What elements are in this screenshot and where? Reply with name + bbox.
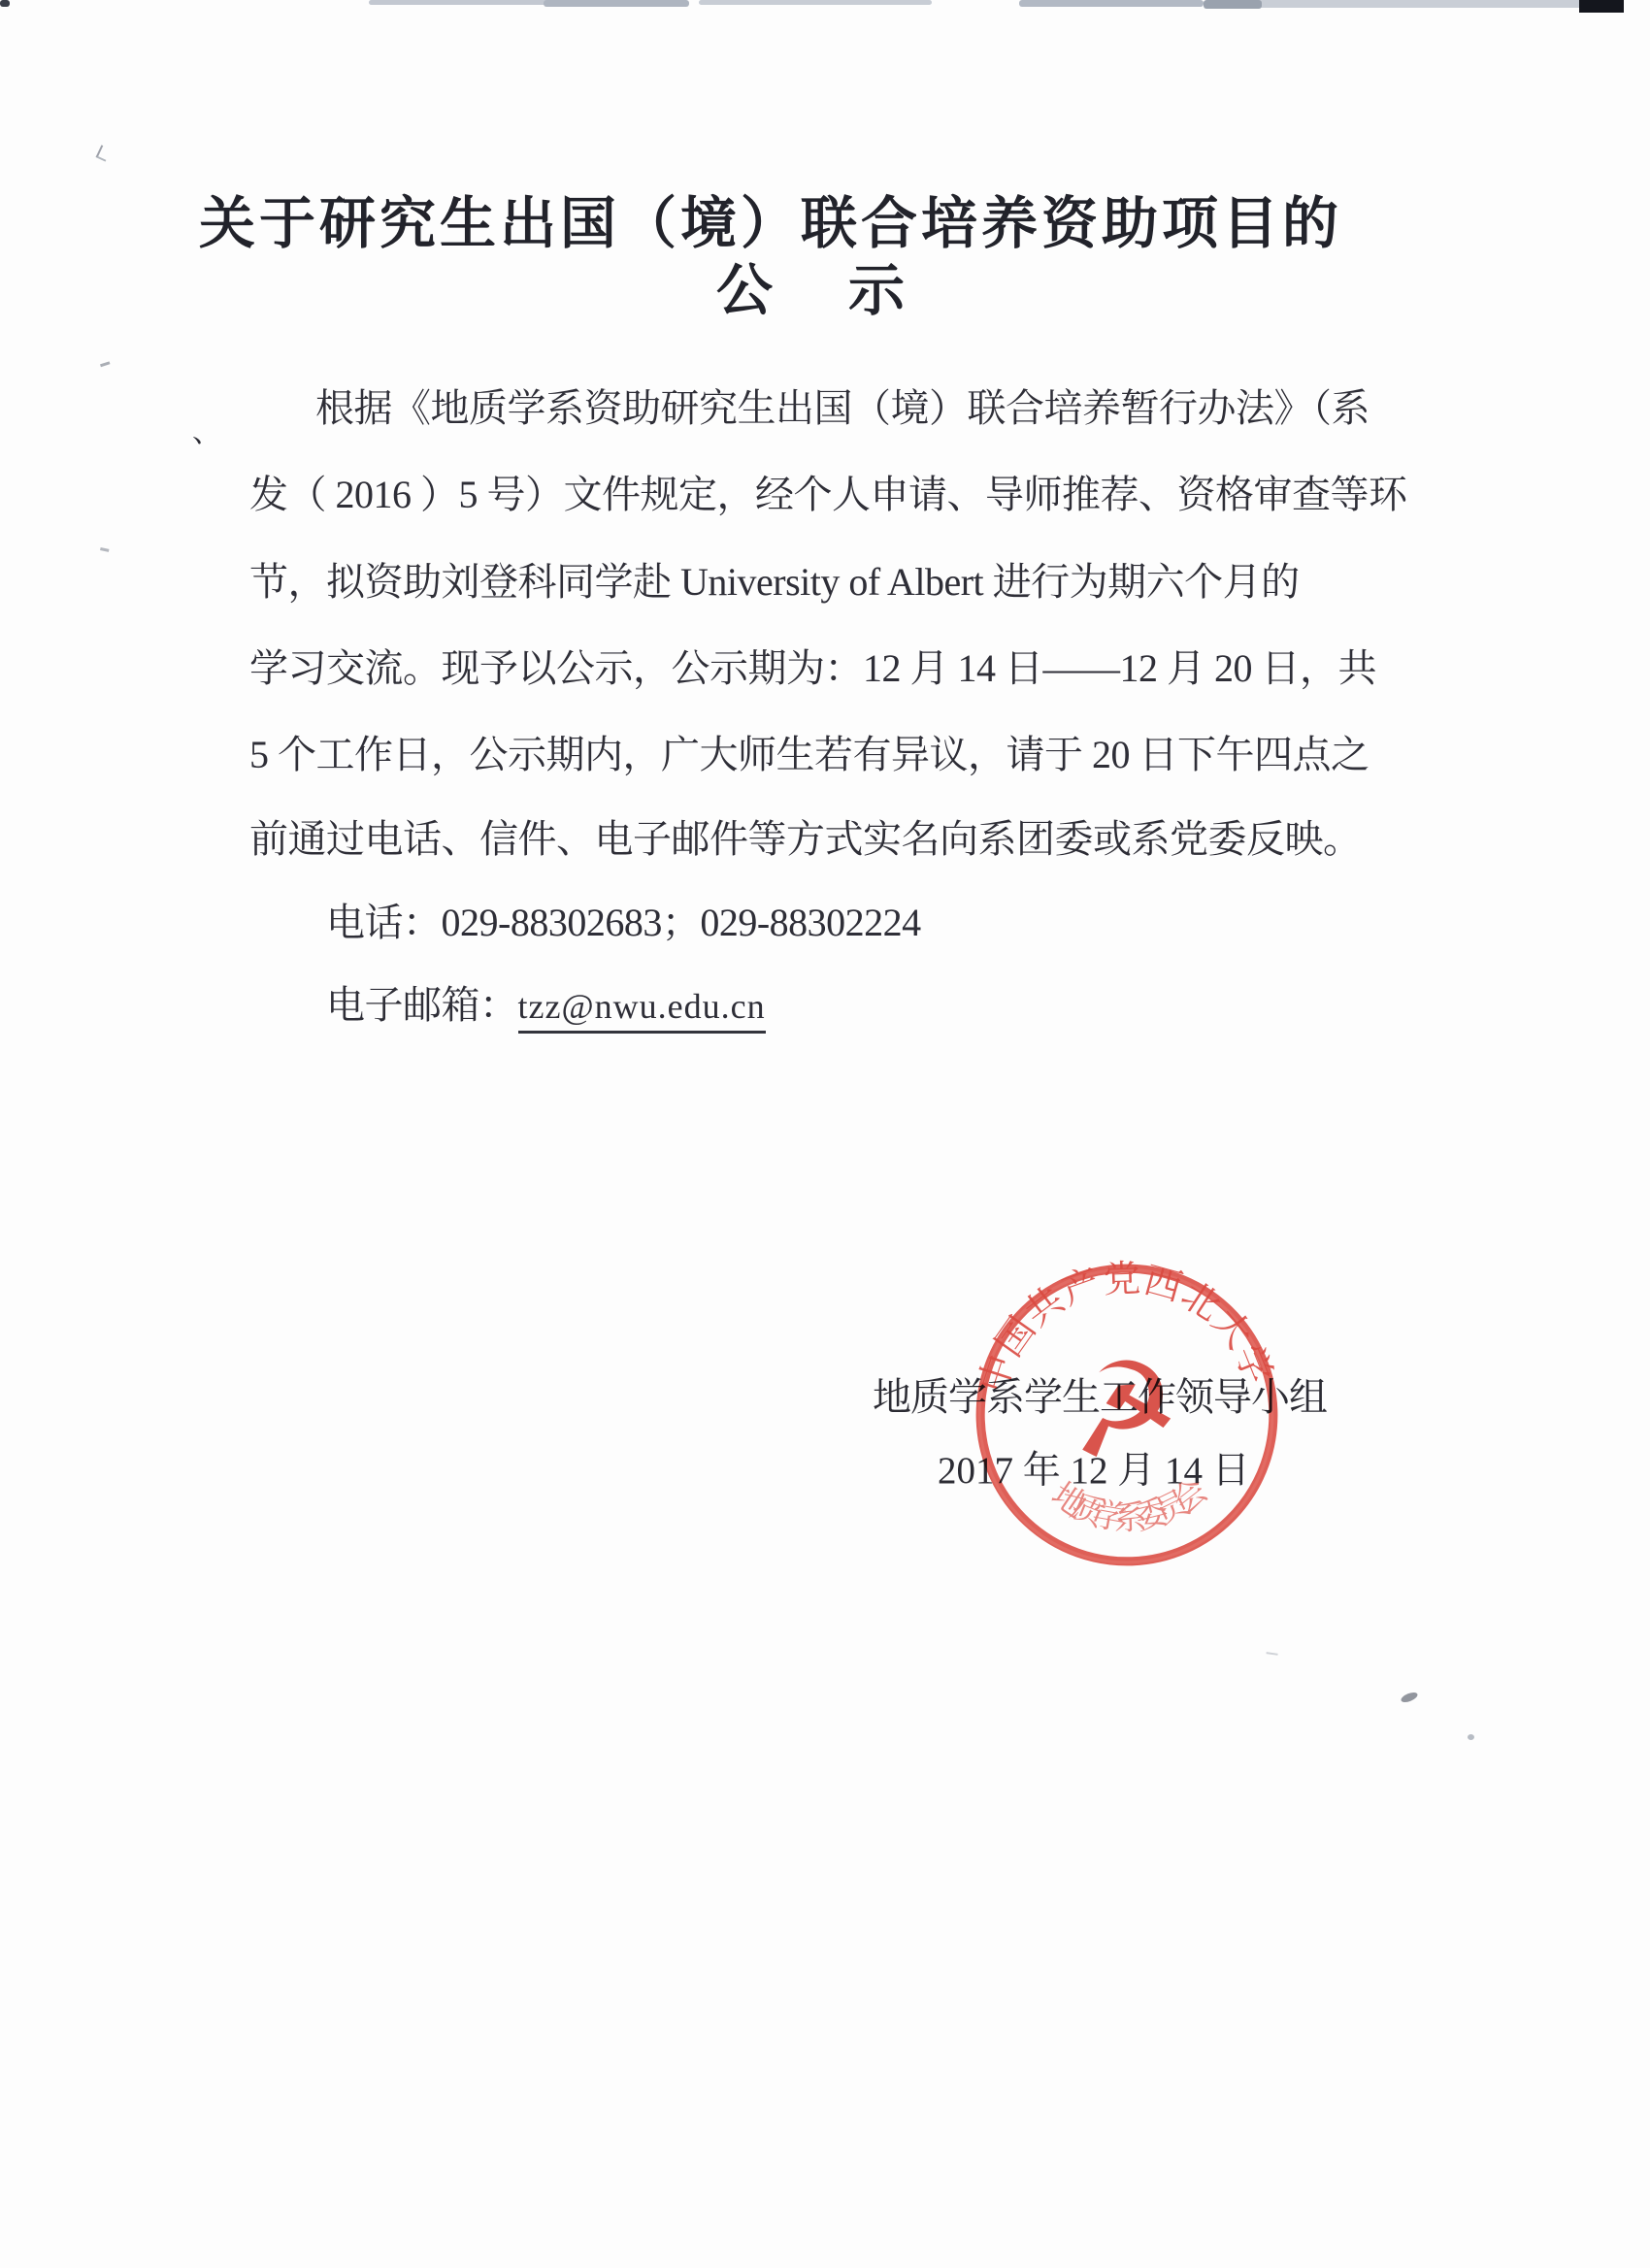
email-address: tzz@nwu.edu.cn <box>518 987 766 1034</box>
scan-speck <box>1267 1646 1279 1656</box>
scan-speck <box>100 541 111 552</box>
scan-smudge <box>699 0 932 5</box>
scanned-document-page: 、 关于研究生出国（境）联合培养资助项目的 公 示 根据《地质学系资助研究生出国… <box>0 0 1650 2268</box>
page-title-line2: 公 示 <box>716 245 914 326</box>
body-line: 前通过电话、信件、电子邮件等方式实名向系团委或系党委反映。 <box>249 820 1362 859</box>
body-line: 根据《地质学系资助研究生出国（境）联合培养暂行办法》（系 <box>315 389 1369 428</box>
body-line: 节，拟资助刘登科同学赴 University of Albert 进行为期六个月… <box>249 563 1300 602</box>
body-line: 学习交流。现予以公示，公示期为：12 月 14 日——12 月 20 日，共 <box>249 649 1376 688</box>
scan-smudge <box>1019 0 1204 7</box>
scan-smudge <box>369 0 553 5</box>
scan-smudge <box>1204 0 1262 9</box>
scan-corner-mark <box>1579 0 1624 13</box>
body-line: 5 个工作日，公示期内，广大师生若有异议，请于 20 日下午四点之 <box>249 736 1369 774</box>
scan-speck <box>98 354 111 368</box>
scan-speck <box>1400 1691 1419 1704</box>
body-line: 发（ 2016 ）5 号）文件规定，经个人申请、导师推荐、资格审查等环 <box>249 476 1407 514</box>
email-line: 电子邮箱：tzz@nwu.edu.cn <box>326 986 766 1025</box>
scan-smudge <box>0 0 10 7</box>
scan-smudge <box>544 0 689 7</box>
official-seal: 中国共产党西北大学 ☭ 地 质 学 系 委 员 会 <box>964 1252 1289 1577</box>
scan-speck <box>1468 1734 1474 1740</box>
seal-emblem-icon hammer-sickle-icon: ☭ <box>1057 1329 1189 1490</box>
phone-line: 电话：029-88302683；029-88302224 <box>326 904 921 942</box>
stray-comma-mark: 、 <box>192 408 221 450</box>
email-label: 电子邮箱： <box>326 983 518 1027</box>
scan-smudge <box>1213 0 1582 8</box>
scan-speck <box>96 145 112 161</box>
